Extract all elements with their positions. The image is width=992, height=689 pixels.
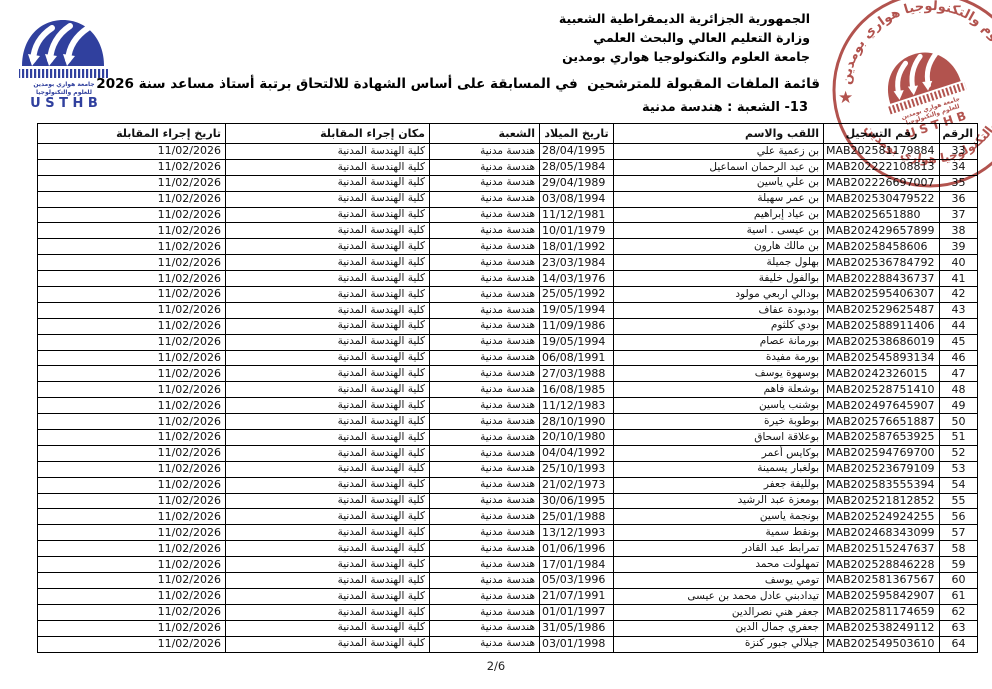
cell-branch: هندسة مدنية (430, 318, 540, 334)
table-row: 51MAB202587653925بوعلاقة اسحاق20/10/1980… (38, 430, 978, 446)
table-row: 39MAB20258458606بن مالك هارون18/01/1992ه… (38, 239, 978, 255)
cell-name: بن مالك هارون (614, 239, 824, 255)
logo-name-line2: للعلوم والتكنولوجيا (36, 89, 92, 96)
cell-branch: هندسة مدنية (430, 350, 540, 366)
cell-num: 45 (940, 334, 978, 350)
header-line-ministry: وزارة التعليم العالي والبحث العلمي (559, 28, 810, 47)
cell-idate: 11/02/2026 (38, 382, 226, 398)
column-header-interview-date: تاريخ إجراء المقابلة (38, 124, 226, 144)
cell-reg: MAB202581367567 (824, 573, 940, 589)
cell-idate: 11/02/2026 (38, 525, 226, 541)
cell-name: بومعزة عبد الرشيد (614, 493, 824, 509)
page-indicator: 2/6 (0, 659, 992, 673)
table-row: 61MAB202595842907تيدادبني عادل محمد بن ع… (38, 588, 978, 604)
cell-reg: MAB202576651887 (824, 414, 940, 430)
cell-num: 58 (940, 541, 978, 557)
table-row: 60MAB202581367567تومي يوسف05/03/1996هندس… (38, 573, 978, 589)
cell-idate: 11/02/2026 (38, 493, 226, 509)
cell-reg: MAB202528751410 (824, 382, 940, 398)
header-line-republic: الجمهورية الجزائرية الديمقراطية الشعبية (559, 9, 810, 28)
cell-location: كلية الهندسة المدنية (226, 509, 430, 525)
cell-num: 60 (940, 573, 978, 589)
cell-location: كلية الهندسة المدنية (226, 366, 430, 382)
cell-num: 51 (940, 430, 978, 446)
cell-reg: MAB2025651880 (824, 207, 940, 223)
cell-idate: 11/02/2026 (38, 477, 226, 493)
cell-reg: MAB202523679109 (824, 461, 940, 477)
cell-name: جعفر هني نصرالدين (614, 604, 824, 620)
cell-birth: 30/06/1995 (540, 493, 614, 509)
cell-location: كلية الهندسة المدنية (226, 541, 430, 557)
table-row: 57MAB202468343099بونقط سمية13/12/1993هند… (38, 525, 978, 541)
cell-idate: 11/02/2026 (38, 350, 226, 366)
usthb-logo-graphic: جامعة هواري بومدين للعلوم والتكنولوجيا U… (18, 14, 110, 110)
table-header-row: الرقم رقم التسجيل اللقب والاسم تاريخ الم… (38, 124, 978, 144)
cell-num: 62 (940, 604, 978, 620)
cell-birth: 16/08/1985 (540, 382, 614, 398)
cell-num: 36 (940, 191, 978, 207)
cell-birth: 25/01/1988 (540, 509, 614, 525)
table-row: 49MAB202497645907بوشنب ياسين11/12/1983هن… (38, 398, 978, 414)
cell-name: تومي يوسف (614, 573, 824, 589)
cell-name: بن علي ياسين (614, 175, 824, 191)
table-row: 53MAB202523679109بولغبار يسمينة25/10/199… (38, 461, 978, 477)
cell-location: كلية الهندسة المدنية (226, 255, 430, 271)
logo-name-line1: جامعة هواري بومدين (33, 81, 94, 88)
cell-num: 47 (940, 366, 978, 382)
cell-idate: 11/02/2026 (38, 223, 226, 239)
cell-location: كلية الهندسة المدنية (226, 525, 430, 541)
cell-num: 40 (940, 255, 978, 271)
cell-idate: 11/02/2026 (38, 398, 226, 414)
cell-location: كلية الهندسة المدنية (226, 414, 430, 430)
cell-num: 48 (940, 382, 978, 398)
cell-num: 61 (940, 588, 978, 604)
cell-name: جعفري جمال الدين (614, 620, 824, 636)
cell-reg: MAB202583555394 (824, 477, 940, 493)
cell-name: بونجمة ياسين (614, 509, 824, 525)
cell-birth: 21/02/1973 (540, 477, 614, 493)
table-row: 50MAB202576651887بوطوبة خيرة28/10/1990هن… (38, 414, 978, 430)
table-row: 33MAB202581179884بن زعمية علي28/04/1995ه… (38, 144, 978, 160)
cell-idate: 11/02/2026 (38, 430, 226, 446)
cell-reg: MAB202521812852 (824, 493, 940, 509)
cell-branch: هندسة مدنية (430, 382, 540, 398)
cell-name: بونقط سمية (614, 525, 824, 541)
table-row: 41MAB202288436737بوالفول خليفة14/03/1976… (38, 271, 978, 287)
cell-birth: 28/04/1995 (540, 144, 614, 160)
cell-branch: هندسة مدنية (430, 302, 540, 318)
cell-reg: MAB202468343099 (824, 525, 940, 541)
cell-idate: 11/02/2026 (38, 144, 226, 160)
table-row: 38MAB202429657899بن عيسى . اسية10/01/197… (38, 223, 978, 239)
document-page: جامعة هواري بومدين للعلوم والتكنولوجيا U… (0, 0, 992, 689)
column-header-birthdate: تاريخ الميلاد (540, 124, 614, 144)
cell-branch: هندسة مدنية (430, 430, 540, 446)
cell-branch: هندسة مدنية (430, 144, 540, 160)
stamp-ring-text-top: جامعة العلوم والتكنولوجيا هواري بومدين (805, 0, 992, 88)
cell-num: 53 (940, 461, 978, 477)
cell-reg: MAB202530479522 (824, 191, 940, 207)
table-row: 55MAB202521812852بومعزة عبد الرشيد30/06/… (38, 493, 978, 509)
cell-birth: 10/01/1979 (540, 223, 614, 239)
cell-birth: 04/04/1992 (540, 445, 614, 461)
cell-num: 44 (940, 318, 978, 334)
cell-name: بورمانة عصام (614, 334, 824, 350)
cell-birth: 11/12/1983 (540, 398, 614, 414)
table-row: 35MAB202226697007بن علي ياسين29/04/1989ه… (38, 175, 978, 191)
cell-num: 46 (940, 350, 978, 366)
cell-location: كلية الهندسة المدنية (226, 350, 430, 366)
cell-num: 56 (940, 509, 978, 525)
logo-acronym: U S T H B (30, 96, 98, 110)
cell-reg: MAB202529625487 (824, 302, 940, 318)
cell-idate: 11/02/2026 (38, 541, 226, 557)
candidates-table: الرقم رقم التسجيل اللقب والاسم تاريخ الم… (37, 123, 978, 653)
cell-branch: هندسة مدنية (430, 255, 540, 271)
table-row: 40MAB202536784792بهلول جميلة23/03/1984هن… (38, 255, 978, 271)
cell-name: بودي كلثوم (614, 318, 824, 334)
table-row: 45MAB202538686019بورمانة عصام19/05/1994ه… (38, 334, 978, 350)
cell-name: بن عبد الرحمان اسماعيل (614, 159, 824, 175)
cell-location: كلية الهندسة المدنية (226, 636, 430, 652)
cell-reg: MAB202581179884 (824, 144, 940, 160)
cell-name: بن عياد إبراهيم (614, 207, 824, 223)
cell-idate: 11/02/2026 (38, 636, 226, 652)
cell-name: بولغبار يسمينة (614, 461, 824, 477)
cell-branch: هندسة مدنية (430, 159, 540, 175)
cell-branch: هندسة مدنية (430, 541, 540, 557)
cell-branch: هندسة مدنية (430, 334, 540, 350)
usthb-logo: جامعة هواري بومدين للعلوم والتكنولوجيا U… (18, 14, 110, 114)
cell-branch: هندسة مدنية (430, 636, 540, 652)
cell-name: بن زعمية علي (614, 144, 824, 160)
cell-location: كلية الهندسة المدنية (226, 477, 430, 493)
cell-location: كلية الهندسة المدنية (226, 144, 430, 160)
cell-name: بوكايس أعمر (614, 445, 824, 461)
cell-location: كلية الهندسة المدنية (226, 223, 430, 239)
cell-name: بولليفة جعفر (614, 477, 824, 493)
cell-idate: 11/02/2026 (38, 461, 226, 477)
table-row: 42MAB202595406307بودالي اربعي مولود25/05… (38, 287, 978, 303)
cell-num: 35 (940, 175, 978, 191)
cell-birth: 28/05/1984 (540, 159, 614, 175)
cell-branch: هندسة مدنية (430, 414, 540, 430)
cell-reg: MAB202595406307 (824, 287, 940, 303)
cell-idate: 11/02/2026 (38, 557, 226, 573)
cell-location: كلية الهندسة المدنية (226, 588, 430, 604)
cell-name: جيلالي جبور كنزة (614, 636, 824, 652)
cell-num: 33 (940, 144, 978, 160)
table-row: 63MAB202538249112جعفري جمال الدين31/05/1… (38, 620, 978, 636)
cell-location: كلية الهندسة المدنية (226, 557, 430, 573)
cell-birth: 06/08/1991 (540, 350, 614, 366)
table-row: 37MAB2025651880بن عياد إبراهيم11/12/1981… (38, 207, 978, 223)
cell-birth: 17/01/1984 (540, 557, 614, 573)
cell-num: 55 (940, 493, 978, 509)
cell-location: كلية الهندسة المدنية (226, 620, 430, 636)
cell-branch: هندسة مدنية (430, 398, 540, 414)
cell-reg: MAB202588911406 (824, 318, 940, 334)
column-header-branch: الشعبة (430, 124, 540, 144)
cell-num: 37 (940, 207, 978, 223)
cell-idate: 11/02/2026 (38, 620, 226, 636)
cell-location: كلية الهندسة المدنية (226, 493, 430, 509)
header-line-university: جامعة العلوم والتكنولوجيا هواري بومدين (559, 47, 810, 66)
cell-reg: MAB202288436737 (824, 271, 940, 287)
cell-idate: 11/02/2026 (38, 573, 226, 589)
stamp-star-left: ★ (838, 88, 853, 108)
cell-branch: هندسة مدنية (430, 239, 540, 255)
cell-name: بوشعلة فاهم (614, 382, 824, 398)
cell-birth: 01/01/1997 (540, 604, 614, 620)
cell-branch: هندسة مدنية (430, 445, 540, 461)
cell-location: كلية الهندسة المدنية (226, 382, 430, 398)
cell-location: كلية الهندسة المدنية (226, 430, 430, 446)
cell-idate: 11/02/2026 (38, 191, 226, 207)
table-row: 58MAB202515247637تمرابط عبد القادر01/06/… (38, 541, 978, 557)
table-row: 62MAB202581174659جعفر هني نصرالدين01/01/… (38, 604, 978, 620)
cell-num: 49 (940, 398, 978, 414)
cell-name: بوطوبة خيرة (614, 414, 824, 430)
cell-name: بن عيسى . اسية (614, 223, 824, 239)
cell-reg: MAB202515247637 (824, 541, 940, 557)
table-body: 33MAB202581179884بن زعمية علي28/04/1995ه… (38, 144, 978, 653)
cell-birth: 23/03/1984 (540, 255, 614, 271)
cell-birth: 31/05/1986 (540, 620, 614, 636)
table-row: 43MAB202529625487بودبودة عفاف19/05/1994ه… (38, 302, 978, 318)
cell-idate: 11/02/2026 (38, 159, 226, 175)
cell-branch: هندسة مدنية (430, 573, 540, 589)
cell-idate: 11/02/2026 (38, 334, 226, 350)
cell-birth: 29/04/1989 (540, 175, 614, 191)
cell-location: كلية الهندسة المدنية (226, 239, 430, 255)
cell-birth: 05/03/1996 (540, 573, 614, 589)
cell-branch: هندسة مدنية (430, 477, 540, 493)
cell-branch: هندسة مدنية (430, 175, 540, 191)
cell-reg: MAB202538249112 (824, 620, 940, 636)
cell-num: 64 (940, 636, 978, 652)
cell-birth: 03/01/1998 (540, 636, 614, 652)
cell-birth: 11/12/1981 (540, 207, 614, 223)
cell-num: 42 (940, 287, 978, 303)
cell-branch: هندسة مدنية (430, 461, 540, 477)
cell-birth: 28/10/1990 (540, 414, 614, 430)
cell-location: كلية الهندسة المدنية (226, 398, 430, 414)
cell-location: كلية الهندسة المدنية (226, 207, 430, 223)
cell-idate: 11/02/2026 (38, 414, 226, 430)
cell-reg: MAB20242326015 (824, 366, 940, 382)
cell-name: بوعلاقة اسحاق (614, 430, 824, 446)
cell-name: بوسهوة يوسف (614, 366, 824, 382)
cell-num: 34 (940, 159, 978, 175)
page-title: قائمة الملفات المقبولة للمترشحين في المس… (96, 76, 820, 92)
cell-birth: 27/03/1988 (540, 366, 614, 382)
cell-location: كلية الهندسة المدنية (226, 461, 430, 477)
cell-idate: 11/02/2026 (38, 588, 226, 604)
cell-birth: 20/10/1980 (540, 430, 614, 446)
table-row: 48MAB202528751410بوشعلة فاهم16/08/1985هن… (38, 382, 978, 398)
cell-idate: 11/02/2026 (38, 604, 226, 620)
cell-name: بودبودة عفاف (614, 302, 824, 318)
cell-idate: 11/02/2026 (38, 366, 226, 382)
column-header-registration: رقم التسجيل (824, 124, 940, 144)
cell-reg: MAB202538686019 (824, 334, 940, 350)
cell-location: كلية الهندسة المدنية (226, 271, 430, 287)
cell-name: بودالي اربعي مولود (614, 287, 824, 303)
cell-reg: MAB202581174659 (824, 604, 940, 620)
table-row: 47MAB20242326015بوسهوة يوسف27/03/1988هند… (38, 366, 978, 382)
table-row: 44MAB202588911406بودي كلثوم11/09/1986هند… (38, 318, 978, 334)
table-row: 34MAB202222108813بن عبد الرحمان اسماعيل2… (38, 159, 978, 175)
cell-num: 38 (940, 223, 978, 239)
cell-reg: MAB202536784792 (824, 255, 940, 271)
table-row: 54MAB202583555394بولليفة جعفر21/02/1973ه… (38, 477, 978, 493)
table-row: 64MAB202549503610جيلالي جبور كنزة03/01/1… (38, 636, 978, 652)
cell-branch: هندسة مدنية (430, 271, 540, 287)
cell-location: كلية الهندسة المدنية (226, 287, 430, 303)
svg-text:جامعة هواري بومدين: جامعة هواري بومدين (900, 95, 960, 121)
cell-branch: هندسة مدنية (430, 207, 540, 223)
cell-name: بورمة مفيدة (614, 350, 824, 366)
cell-num: 52 (940, 445, 978, 461)
cell-num: 63 (940, 620, 978, 636)
cell-num: 39 (940, 239, 978, 255)
cell-branch: هندسة مدنية (430, 588, 540, 604)
cell-birth: 25/05/1992 (540, 287, 614, 303)
branch-subtitle: 13- الشعبة : هندسة مدنية (642, 100, 808, 115)
cell-num: 50 (940, 414, 978, 430)
cell-reg: MAB202549503610 (824, 636, 940, 652)
cell-birth: 25/10/1993 (540, 461, 614, 477)
table-row: 59MAB202528846228تمهلولت محمد17/01/1984ه… (38, 557, 978, 573)
cell-idate: 11/02/2026 (38, 445, 226, 461)
column-header-interview-place: مكان إجراء المقابلة (226, 124, 430, 144)
cell-reg: MAB202545893134 (824, 350, 940, 366)
cell-location: كلية الهندسة المدنية (226, 191, 430, 207)
cell-birth: 19/05/1994 (540, 302, 614, 318)
government-header: الجمهورية الجزائرية الديمقراطية الشعبية … (559, 9, 810, 66)
cell-birth: 03/08/1994 (540, 191, 614, 207)
cell-birth: 21/07/1991 (540, 588, 614, 604)
cell-name: بوالفول خليفة (614, 271, 824, 287)
table-row: 46MAB202545893134بورمة مفيدة06/08/1991هن… (38, 350, 978, 366)
cell-idate: 11/02/2026 (38, 509, 226, 525)
cell-branch: هندسة مدنية (430, 620, 540, 636)
cell-idate: 11/02/2026 (38, 175, 226, 191)
cell-name: بهلول جميلة (614, 255, 824, 271)
cell-location: كلية الهندسة المدنية (226, 318, 430, 334)
cell-idate: 11/02/2026 (38, 207, 226, 223)
cell-branch: هندسة مدنية (430, 509, 540, 525)
cell-branch: هندسة مدنية (430, 223, 540, 239)
cell-location: كلية الهندسة المدنية (226, 159, 430, 175)
cell-idate: 11/02/2026 (38, 255, 226, 271)
cell-num: 57 (940, 525, 978, 541)
cell-location: كلية الهندسة المدنية (226, 604, 430, 620)
cell-name: تيدادبني عادل محمد بن عيسى (614, 588, 824, 604)
cell-branch: هندسة مدنية (430, 557, 540, 573)
cell-birth: 19/05/1994 (540, 334, 614, 350)
table-row: 36MAB202530479522بن عمر سهيلة03/08/1994ه… (38, 191, 978, 207)
cell-idate: 11/02/2026 (38, 271, 226, 287)
cell-birth: 01/06/1996 (540, 541, 614, 557)
cell-reg: MAB202429657899 (824, 223, 940, 239)
cell-name: بوشنب ياسين (614, 398, 824, 414)
cell-name: بن عمر سهيلة (614, 191, 824, 207)
cell-idate: 11/02/2026 (38, 239, 226, 255)
cell-reg: MAB202587653925 (824, 430, 940, 446)
cell-reg: MAB20258458606 (824, 239, 940, 255)
cell-branch: هندسة مدنية (430, 287, 540, 303)
cell-reg: MAB202528846228 (824, 557, 940, 573)
cell-branch: هندسة مدنية (430, 191, 540, 207)
column-header-name: اللقب والاسم (614, 124, 824, 144)
cell-idate: 11/02/2026 (38, 318, 226, 334)
cell-location: كلية الهندسة المدنية (226, 445, 430, 461)
cell-name: تمهلولت محمد (614, 557, 824, 573)
column-header-number: الرقم (940, 124, 978, 144)
cell-reg: MAB202594769700 (824, 445, 940, 461)
cell-birth: 13/12/1993 (540, 525, 614, 541)
table-row: 52MAB202594769700بوكايس أعمر04/04/1992هن… (38, 445, 978, 461)
cell-num: 41 (940, 271, 978, 287)
table-row: 56MAB202524924255بونجمة ياسين25/01/1988ه… (38, 509, 978, 525)
cell-num: 43 (940, 302, 978, 318)
cell-reg: MAB202595842907 (824, 588, 940, 604)
cell-location: كلية الهندسة المدنية (226, 175, 430, 191)
logo-hatch-band (19, 69, 108, 78)
cell-idate: 11/02/2026 (38, 302, 226, 318)
cell-reg: MAB202222108813 (824, 159, 940, 175)
cell-branch: هندسة مدنية (430, 493, 540, 509)
cell-idate: 11/02/2026 (38, 287, 226, 303)
cell-location: كلية الهندسة المدنية (226, 302, 430, 318)
cell-location: كلية الهندسة المدنية (226, 573, 430, 589)
cell-num: 59 (940, 557, 978, 573)
cell-branch: هندسة مدنية (430, 366, 540, 382)
cell-birth: 14/03/1976 (540, 271, 614, 287)
cell-name: تمرابط عبد القادر (614, 541, 824, 557)
cell-location: كلية الهندسة المدنية (226, 334, 430, 350)
cell-birth: 18/01/1992 (540, 239, 614, 255)
cell-birth: 11/09/1986 (540, 318, 614, 334)
cell-branch: هندسة مدنية (430, 525, 540, 541)
cell-reg: MAB202524924255 (824, 509, 940, 525)
cell-branch: هندسة مدنية (430, 604, 540, 620)
cell-num: 54 (940, 477, 978, 493)
cell-reg: MAB202226697007 (824, 175, 940, 191)
cell-reg: MAB202497645907 (824, 398, 940, 414)
